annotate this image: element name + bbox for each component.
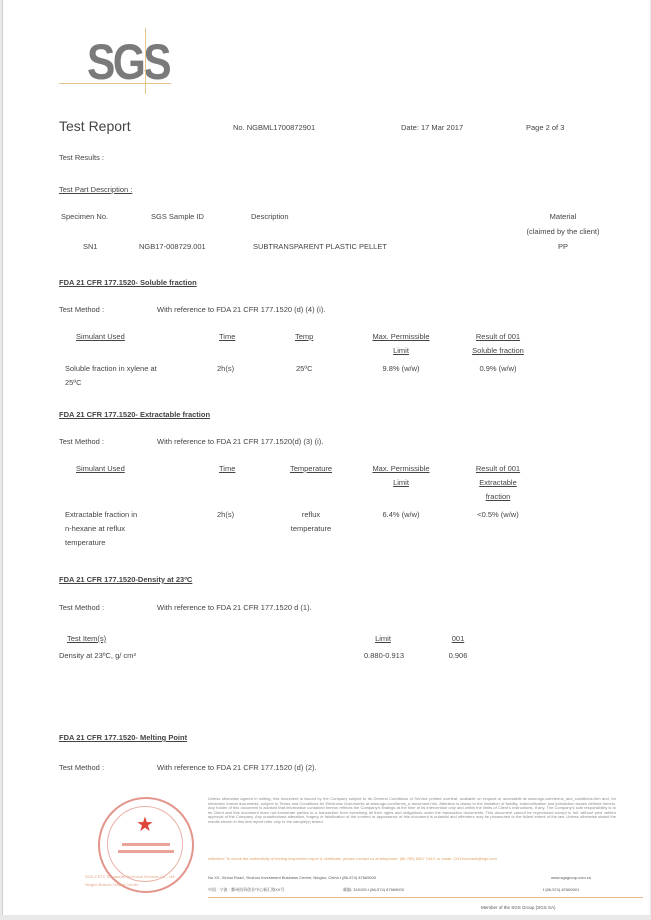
soluble-result: 0.9% (w/w) — [453, 364, 543, 373]
stamp-text-bar — [118, 850, 174, 853]
stamp-note-1: SGS-CSTC Standards Technical Services Co… — [85, 874, 175, 879]
extractable-col-result: Result of 001 — [453, 464, 543, 473]
density-result: 0.906 — [443, 651, 473, 660]
part-description-heading: Test Part Description : — [59, 185, 132, 194]
extractable-col-time: Time — [219, 464, 235, 473]
soluble-simulant-2: 25ºC — [65, 378, 82, 387]
density-col-limit: Limit — [358, 634, 408, 643]
extractable-col-temp: Temperature — [271, 464, 351, 473]
address-line-2: 中国 · 宁波 · 鄞州投资创业中心新汇路XX号 — [208, 887, 284, 893]
soluble-method: With reference to FDA 21 CFR 177.1520 (d… — [157, 305, 325, 314]
soluble-temp: 25ºC — [296, 364, 313, 373]
extractable-col-limit-2: Limit — [351, 478, 451, 487]
report-date: Date: 17 Mar 2017 — [401, 123, 463, 132]
member-note: Member of the SGS Group (SGS SA) — [481, 905, 556, 910]
address-postal: 邮编: 315105 t (86-574) 87669000 — [343, 887, 404, 893]
extractable-simulant: Extractable fraction in — [65, 510, 137, 519]
footer-rule — [208, 897, 643, 898]
extractable-temp-2: temperature — [271, 524, 351, 533]
col-description: Description — [251, 212, 289, 221]
soluble-simulant: Soluble fraction in xylene at — [65, 364, 157, 373]
col-material: Material — [503, 212, 623, 221]
specimen-no-value: SN1 — [83, 242, 98, 251]
logo-vertical-rule — [145, 28, 146, 94]
extractable-heading: FDA 21 CFR 177.1520- Extractable fractio… — [59, 410, 210, 419]
website: www.sgsgroup.com.cn — [551, 875, 591, 880]
star-icon: ★ — [136, 815, 154, 835]
soluble-col-limit: Max. Permissible — [351, 332, 451, 341]
terms-fineprint: Unless otherwise agreed in writing, this… — [208, 797, 616, 855]
soluble-method-label: Test Method : — [59, 305, 104, 314]
density-method: With reference to FDA 21 CFR 177.1520 d … — [157, 603, 312, 612]
col-material-note: (claimed by the client) — [503, 227, 623, 236]
extractable-col-limit: Max. Permissible — [351, 464, 451, 473]
melting-heading: FDA 21 CFR 177.1520- Melting Point — [59, 733, 187, 742]
melting-method-label: Test Method : — [59, 763, 104, 772]
stamp-text-bar — [122, 843, 170, 846]
extractable-col-result-3: fraction — [453, 492, 543, 501]
extractable-simulant-3: temperature — [65, 538, 105, 547]
sample-id-value: NGB17-008729.001 — [139, 242, 206, 251]
sgs-logo: SGS — [59, 28, 199, 96]
soluble-col-result: Result of 001 — [453, 332, 543, 341]
report-title: Test Report — [59, 118, 131, 134]
address-line-1: No.XX, Xinhui Road, Yinzhou Investment B… — [208, 875, 376, 880]
logo-horizontal-rule — [59, 83, 171, 84]
soluble-col-simulant: Simulant Used — [76, 332, 125, 341]
col-specimen-no: Specimen No. — [61, 212, 108, 221]
soluble-col-temp: Temp — [295, 332, 313, 341]
extractable-temp: reflux — [271, 510, 351, 519]
extractable-simulant-2: n-hexane at reflux — [65, 524, 125, 533]
soluble-col-time: Time — [219, 332, 235, 341]
extractable-method: With reference to FDA 21 CFR 177.1520(d)… — [157, 437, 323, 446]
soluble-col-result-2: Soluble fraction — [453, 346, 543, 355]
extractable-col-simulant: Simulant Used — [76, 464, 125, 473]
stamp-note-2: Ningbo Branch Testing Center — [85, 882, 138, 887]
col-sample-id: SGS Sample ID — [151, 212, 204, 221]
density-col-result: 001 — [443, 634, 473, 643]
soluble-time: 2h(s) — [217, 364, 234, 373]
sgs-logo-text: SGS — [87, 34, 169, 90]
report-page: SGS Test Report No. NGBML1700872901 Date… — [2, 0, 650, 915]
density-heading: FDA 21 CFR 177.1520-Density at 23ºC — [59, 575, 192, 584]
address-fax: f (86-574) 87669001 — [543, 887, 579, 892]
extractable-limit: 6.4% (w/w) — [351, 510, 451, 519]
soluble-col-limit-2: Limit — [351, 346, 451, 355]
extractable-col-result-2: Extractable — [453, 478, 543, 487]
density-item: Density at 23ºC, g/ cm³ — [59, 651, 136, 660]
description-value: SUBTRANSPARENT PLASTIC PELLET — [253, 242, 387, 251]
density-method-label: Test Method : — [59, 603, 104, 612]
extractable-time: 2h(s) — [217, 510, 234, 519]
melting-method: With reference to FDA 21 CFR 177.1520 (d… — [157, 763, 317, 772]
soluble-heading: FDA 21 CFR 177.1520- Soluble fraction — [59, 278, 197, 287]
report-number: No. NGBML1700872901 — [233, 123, 315, 132]
page-number: Page 2 of 3 — [526, 123, 564, 132]
soluble-limit: 9.8% (w/w) — [351, 364, 451, 373]
material-value: PP — [503, 242, 623, 251]
density-limit: 0.880-0.913 — [353, 651, 415, 660]
authenticity-note: Attention: To check the authenticity of … — [208, 857, 616, 867]
density-col-item: Test Item(s) — [67, 634, 106, 643]
extractable-result: <0.5% (w/w) — [453, 510, 543, 519]
extractable-method-label: Test Method : — [59, 437, 104, 446]
test-results-label: Test Results : — [59, 153, 104, 162]
